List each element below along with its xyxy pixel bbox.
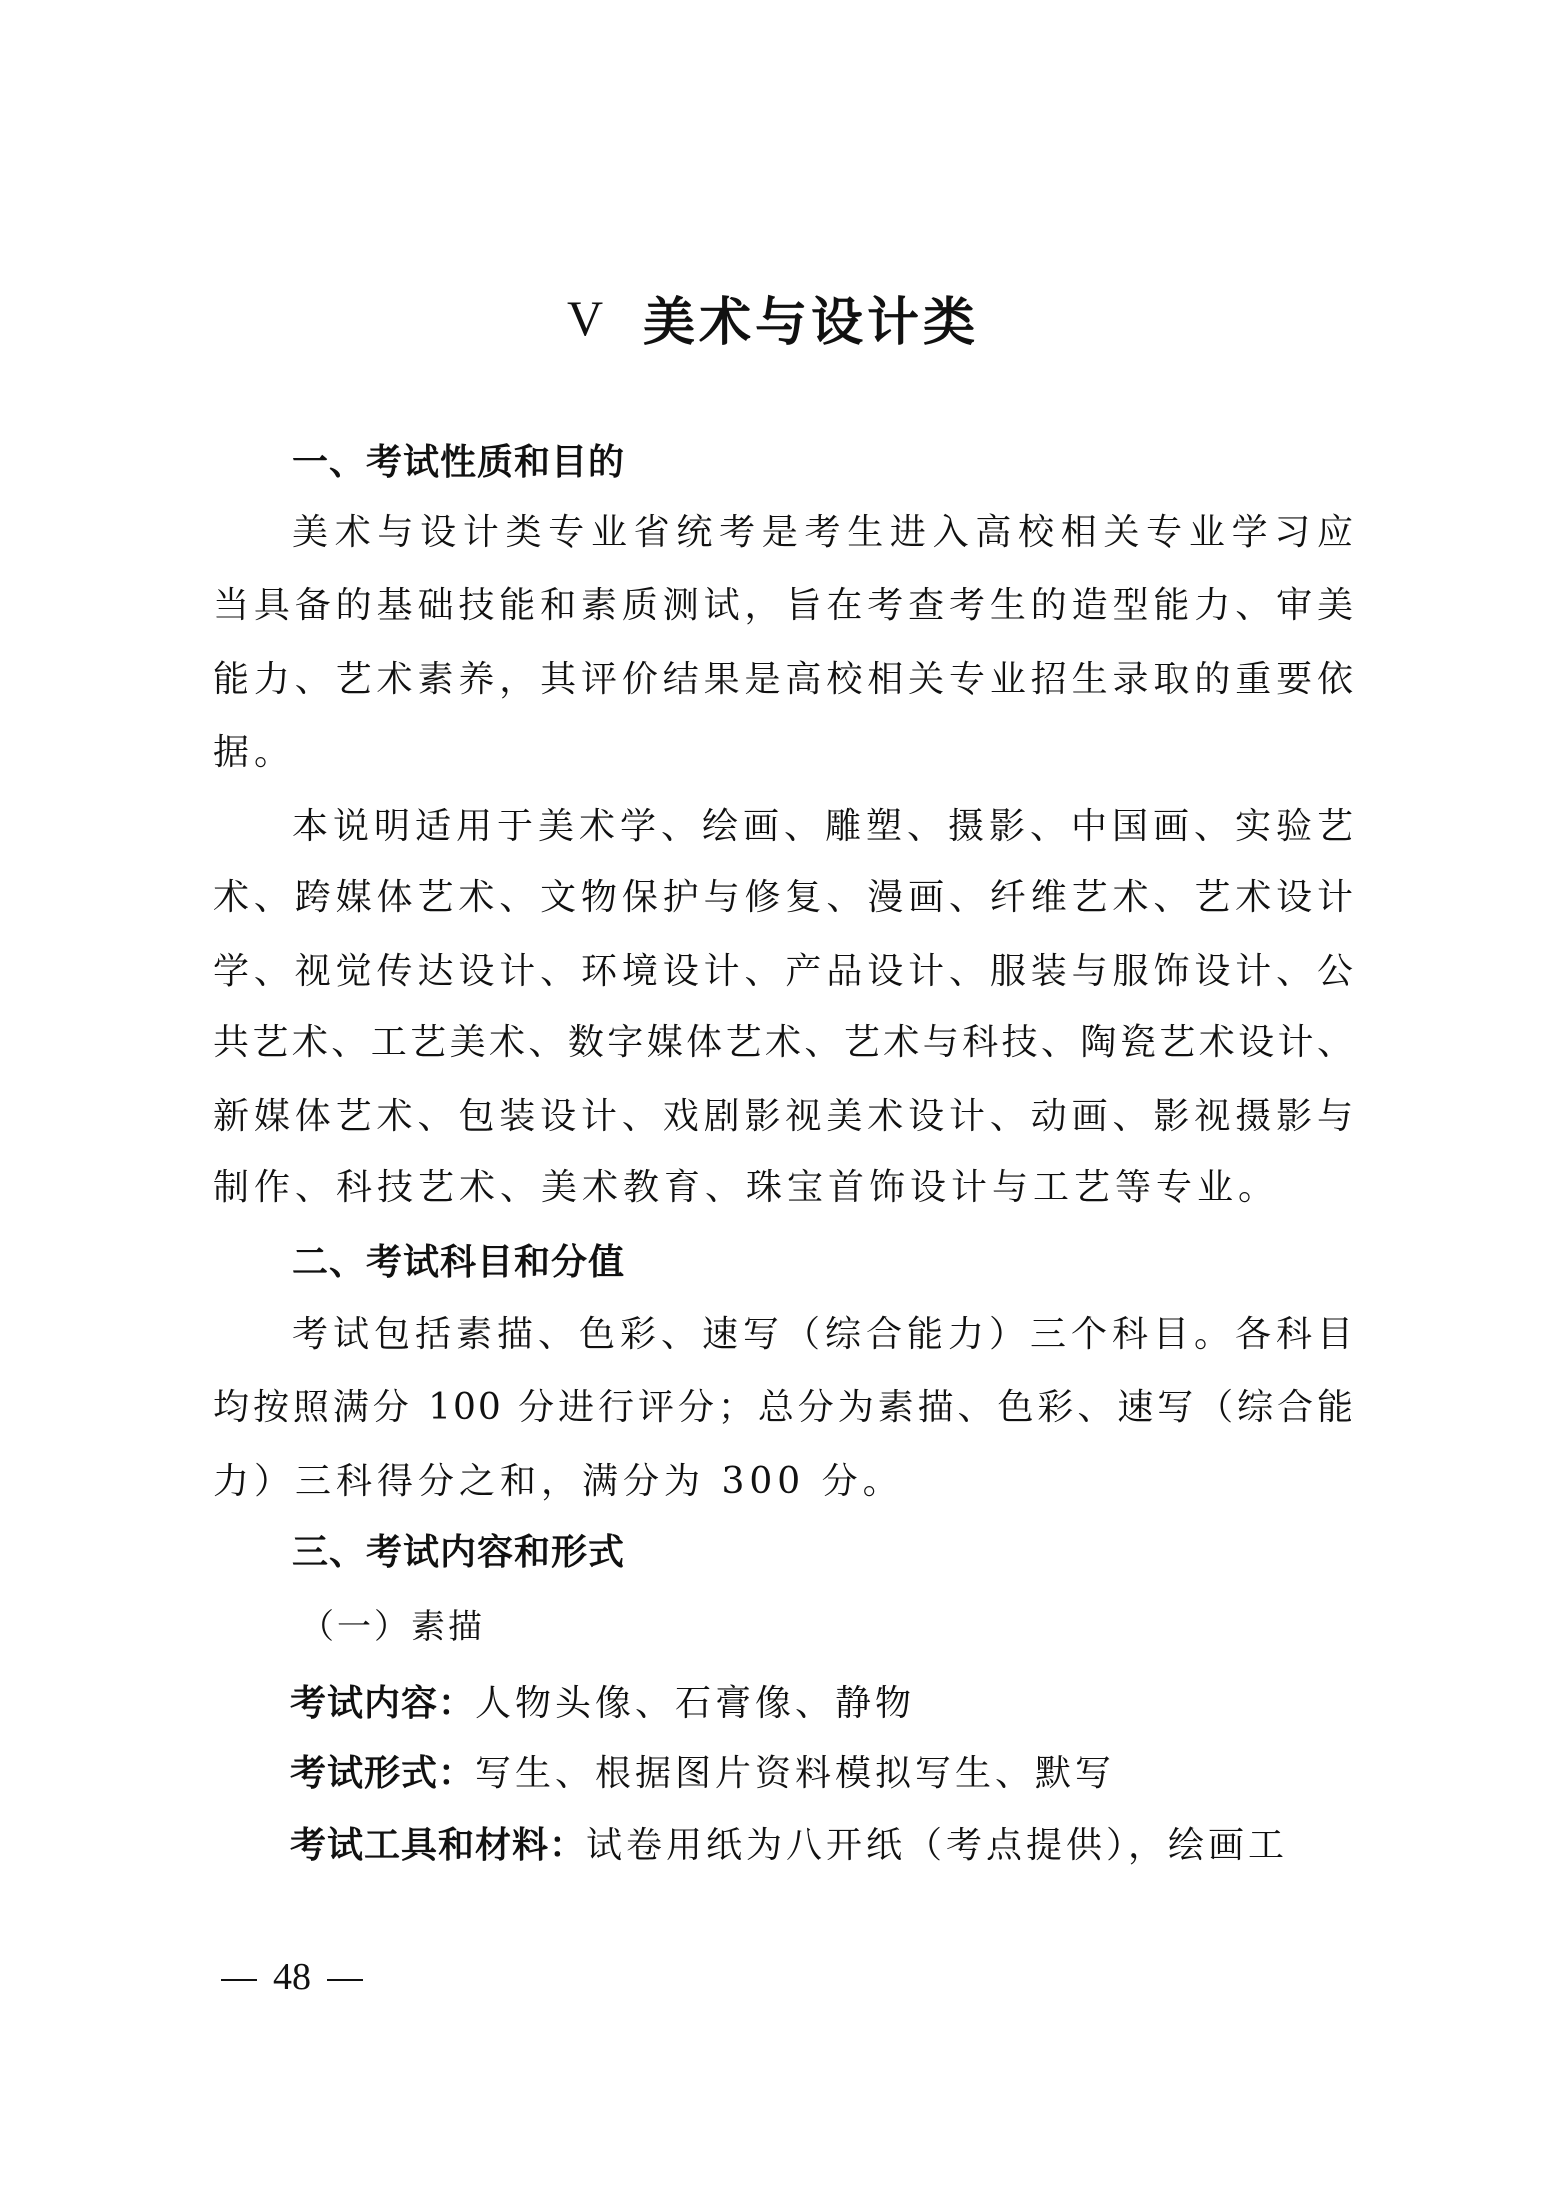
page-number: 48 <box>205 1955 379 1999</box>
paragraph-line: 能力、艺术素养，其评价结果是高校相关专业招生录取的重要依 <box>213 657 1355 703</box>
exam-tools-value: 试卷用纸为八开纸（考点提供），绘画工 <box>586 1825 1288 1866</box>
paragraph-line: 力）三科得分之和，满分为 300 分。 <box>213 1459 1355 1505</box>
dash-right <box>327 1979 363 1981</box>
paragraph-line: 当具备的基础技能和素质测试，旨在考查考生的造型能力、审美 <box>213 583 1355 629</box>
paragraph-line: 学、视觉传达设计、环境设计、产品设计、服装与服饰设计、公 <box>213 949 1355 995</box>
page-number-value: 48 <box>273 1956 311 1998</box>
paragraph-line: 均按照满分 100 分进行评分；总分为素描、色彩、速写（综合能 <box>213 1385 1355 1431</box>
paragraph-line: 美术与设计类专业省统考是考生进入高校相关专业学习应 <box>292 510 1355 556</box>
page-title: V美术与设计类 <box>0 280 1546 355</box>
exam-content-value: 人物头像、石膏像、静物 <box>475 1683 915 1724</box>
section-heading-3: 三、考试内容和形式 <box>292 1530 625 1576</box>
section-heading-2: 二、考试科目和分值 <box>292 1240 625 1286</box>
subsection-heading-sketch: （一）素描 <box>300 1604 485 1650</box>
paragraph-line: 新媒体艺术、包装设计、戏剧影视美术设计、动画、影视摄影与 <box>213 1094 1355 1140</box>
exam-content-label: 考试内容： <box>290 1682 475 1724</box>
exam-format-value: 写生、根据图片资料模拟写生、默写 <box>475 1753 1115 1794</box>
section-heading-1: 一、考试性质和目的 <box>292 440 625 486</box>
exam-tools-line: 考试工具和材料：试卷用纸为八开纸（考点提供），绘画工 <box>290 1822 1288 1868</box>
exam-format-line: 考试形式：写生、根据图片资料模拟写生、默写 <box>290 1750 1115 1796</box>
document-page: V美术与设计类 一、考试性质和目的 美术与设计类专业省统考是考生进入高校相关专业… <box>0 0 1546 2188</box>
paragraph-line: 考试包括素描、色彩、速写（综合能力）三个科目。各科目 <box>292 1312 1355 1358</box>
paragraph-line: 共艺术、工艺美术、数字媒体艺术、艺术与科技、陶瓷艺术设计、 <box>213 1020 1355 1066</box>
exam-content-line: 考试内容：人物头像、石膏像、静物 <box>290 1680 915 1726</box>
paragraph-line: 据。 <box>213 730 1355 776</box>
title-roman-numeral: V <box>567 290 603 346</box>
exam-tools-label: 考试工具和材料： <box>290 1824 586 1866</box>
paragraph-line: 制作、科技艺术、美术教育、珠宝首饰设计与工艺等专业。 <box>213 1165 1355 1211</box>
paragraph-line: 术、跨媒体艺术、文物保护与修复、漫画、纤维艺术、艺术设计 <box>213 875 1355 921</box>
dash-left <box>221 1979 257 1981</box>
exam-format-label: 考试形式： <box>290 1752 475 1794</box>
paragraph-line: 本说明适用于美术学、绘画、雕塑、摄影、中国画、实验艺 <box>292 804 1355 850</box>
title-text: 美术与设计类 <box>643 293 979 353</box>
